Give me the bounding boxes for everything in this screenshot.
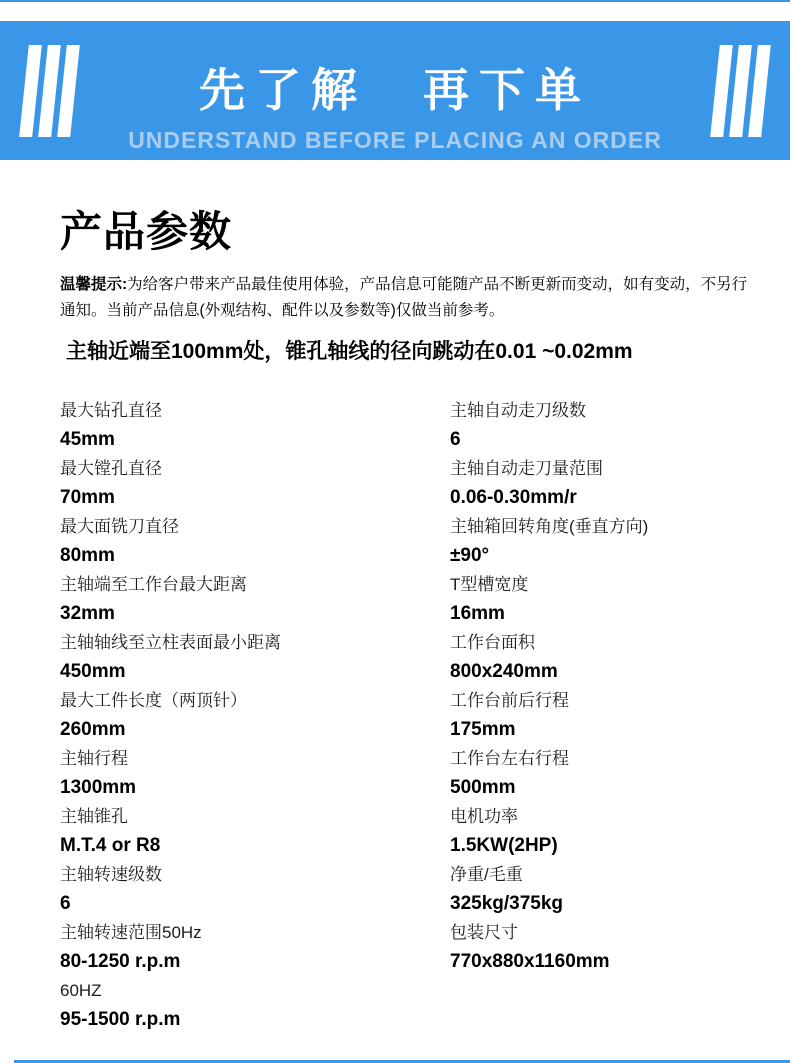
spec-value: 260mm [60, 715, 450, 744]
spec-label: 净重/毛重 [450, 860, 752, 889]
content-area: 产品参数 温馨提示:为给客户带来产品最佳使用体验，产品信息可能随产品不断更新而变… [60, 207, 752, 1034]
product-parameters-page: 先了解 再下单 UNDERSTAND BEFORE PLACING AN ORD… [0, 0, 790, 1063]
spec-value: 45mm [60, 425, 450, 454]
spec-value: 32mm [60, 599, 450, 628]
spec-label: 主轴行程 [60, 744, 450, 773]
spec-label: 包装尺寸 [450, 918, 752, 947]
spec-label: 主轴端至工作台最大距离 [60, 570, 450, 599]
notice-prefix: 温馨提示: [60, 276, 127, 293]
spec-value: 95-1500 r.p.m [60, 1005, 450, 1034]
spec-label: 主轴轴线至立柱表面最小距离 [60, 628, 450, 657]
spec-label: 60HZ [60, 976, 450, 1005]
spec-value: 80mm [60, 541, 450, 570]
spec-label: 主轴转速级数 [60, 860, 450, 889]
spec-label: 最大面铣刀直径 [60, 512, 450, 541]
spec-label: 主轴转速范围50Hz [60, 918, 450, 947]
notice-body: 为给客户带来产品最佳使用体验，产品信息可能随产品不断更新而变动，如有变动，不另行… [60, 276, 747, 319]
banner-title: 先了解 再下单 [0, 54, 790, 120]
stripe-bar [729, 45, 752, 137]
spec-label: 主轴箱回转角度(垂直方向) [450, 512, 752, 541]
spec-value: M.T.4 or R8 [60, 831, 450, 860]
spec-label: 主轴锥孔 [60, 802, 450, 831]
spec-value: 175mm [450, 715, 752, 744]
spec-label: 电机功率 [450, 802, 752, 831]
spec-value: 500mm [450, 773, 752, 802]
spec-label: 主轴自动走刀级数 [450, 396, 752, 425]
spec-column-right: 主轴自动走刀级数6主轴自动走刀量范围0.06-0.30mm/r主轴箱回转角度(垂… [450, 396, 752, 1034]
spec-value: 16mm [450, 599, 752, 628]
header-banner: 先了解 再下单 UNDERSTAND BEFORE PLACING AN ORD… [0, 21, 790, 160]
runout-highlight-note: 主轴近端至100mm处，锥孔轴线的径向跳动在0.01 ~0.02mm [66, 338, 752, 366]
spec-label: 主轴自动走刀量范围 [450, 454, 752, 483]
notice-text: 温馨提示:为给客户带来产品最佳使用体验，产品信息可能随产品不断更新而变动，如有变… [60, 272, 752, 324]
spec-label: 工作台左右行程 [450, 744, 752, 773]
specs-grid: 最大钻孔直径45mm最大镗孔直径70mm最大面铣刀直径80mm主轴端至工作台最大… [60, 396, 752, 1034]
spec-value: 0.06-0.30mm/r [450, 483, 752, 512]
spec-column-left: 最大钻孔直径45mm最大镗孔直径70mm最大面铣刀直径80mm主轴端至工作台最大… [60, 396, 450, 1034]
spec-value: 1.5KW(2HP) [450, 831, 752, 860]
spec-label: 工作台前后行程 [450, 686, 752, 715]
spec-value: 6 [450, 425, 752, 454]
banner-subtitle: UNDERSTAND BEFORE PLACING AN ORDER [0, 127, 790, 154]
page-title: 产品参数 [60, 207, 752, 257]
spec-value: 800x240mm [450, 657, 752, 686]
spec-value: 6 [60, 889, 450, 918]
spec-value: 325kg/375kg [450, 889, 752, 918]
spec-label: 最大镗孔直径 [60, 454, 450, 483]
spec-value: 450mm [60, 657, 450, 686]
spec-value: ±90° [450, 541, 752, 570]
banner-text: 先了解 再下单 UNDERSTAND BEFORE PLACING AN ORD… [0, 21, 790, 154]
decorative-stripes-right [715, 45, 766, 137]
spec-label: 最大钻孔直径 [60, 396, 450, 425]
top-section-divider [0, 0, 790, 2]
spec-label: 最大工件长度（两顶针） [60, 686, 450, 715]
spec-value: 1300mm [60, 773, 450, 802]
spec-value: 80-1250 r.p.m [60, 947, 450, 976]
spec-label: 工作台面积 [450, 628, 752, 657]
spec-value: 70mm [60, 483, 450, 512]
spec-label: T型槽宽度 [450, 570, 752, 599]
spec-value: 770x880x1160mm [450, 947, 752, 976]
